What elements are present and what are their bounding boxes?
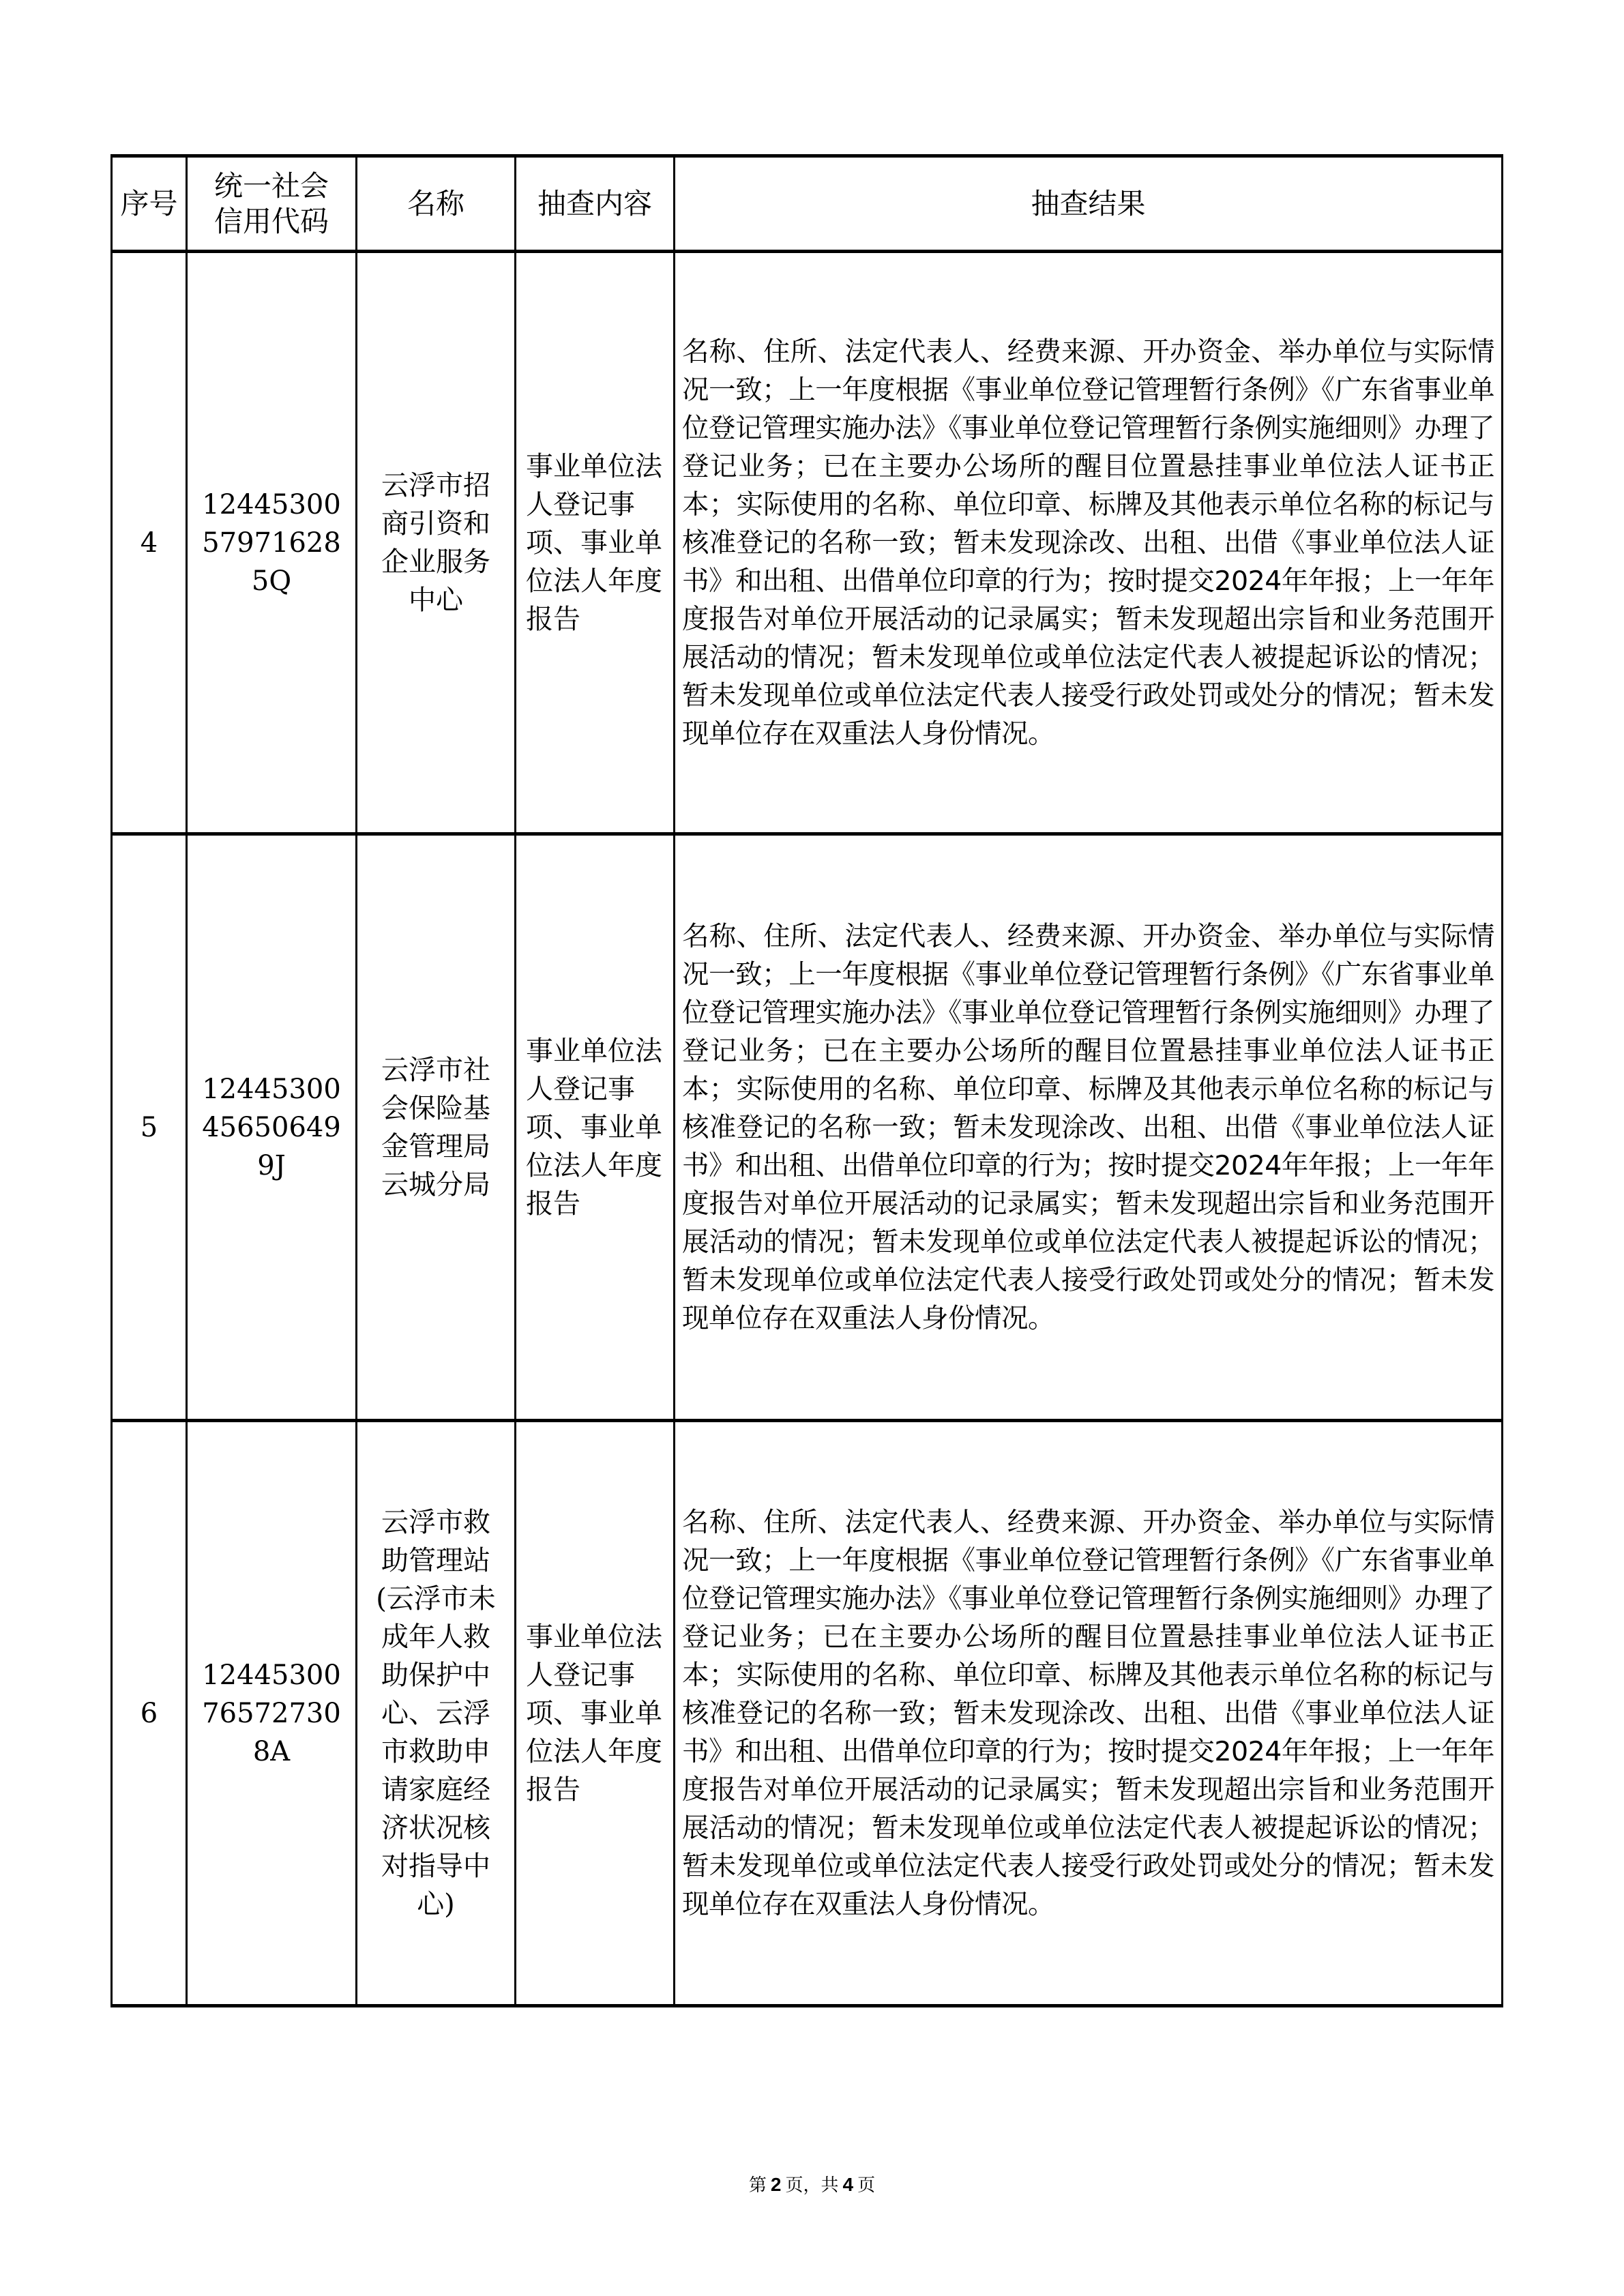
cell-name: 云浮市招商引资和企业服务中心 — [357, 252, 516, 834]
document-page: 序号 统一社会信用代码 名称 抽查内容 抽查结果 4 1244530057971… — [0, 0, 1624, 2296]
header-inspection-content: 抽查内容 — [516, 156, 675, 252]
cell-name: 云浮市救助管理站(云浮市未成年人救助保护中心、云浮市救助申请家庭经济状况核对指导… — [357, 1421, 516, 2006]
current-page-number: 2 — [767, 2174, 786, 2195]
cell-inspection-content: 事业单位法人登记事项、事业单位法人年度报告 — [516, 834, 675, 1421]
table-row: 5 12445300456506499J 云浮市社会保险基金管理局云城分局 事业… — [112, 834, 1503, 1421]
page-label-middle: 页，共 — [785, 2175, 838, 2196]
cell-inspection-result: 名称、住所、法定代表人、经费来源、开办资金、举办单位与实际情况一致；上一年度根据… — [675, 834, 1503, 1421]
page-label-prefix: 第 — [749, 2175, 767, 2196]
table-row: 4 12445300579716285Q 云浮市招商引资和企业服务中心 事业单位… — [112, 252, 1503, 834]
cell-seq: 6 — [112, 1421, 187, 2006]
page-label-suffix: 页 — [857, 2175, 875, 2196]
cell-inspection-result: 名称、住所、法定代表人、经费来源、开办资金、举办单位与实际情况一致；上一年度根据… — [675, 1421, 1503, 2006]
cell-credit-code: 12445300579716285Q — [187, 252, 357, 834]
cell-inspection-result: 名称、住所、法定代表人、经费来源、开办资金、举办单位与实际情况一致；上一年度根据… — [675, 252, 1503, 834]
header-inspection-result: 抽查结果 — [675, 156, 1503, 252]
cell-credit-code: 12445300456506499J — [187, 834, 357, 1421]
total-pages-number: 4 — [839, 2174, 858, 2195]
cell-credit-code: 12445300765727308A — [187, 1421, 357, 2006]
cell-inspection-content: 事业单位法人登记事项、事业单位法人年度报告 — [516, 1421, 675, 2006]
cell-inspection-content: 事业单位法人登记事项、事业单位法人年度报告 — [516, 252, 675, 834]
inspection-results-table: 序号 统一社会信用代码 名称 抽查内容 抽查结果 4 1244530057971… — [110, 154, 1503, 2007]
header-credit-code: 统一社会信用代码 — [187, 156, 357, 252]
page-footer: 第2页，共4页 — [0, 2173, 1624, 2198]
header-name: 名称 — [357, 156, 516, 252]
cell-seq: 5 — [112, 834, 187, 1421]
cell-seq: 4 — [112, 252, 187, 834]
cell-name: 云浮市社会保险基金管理局云城分局 — [357, 834, 516, 1421]
header-seq: 序号 — [112, 156, 187, 252]
table-row: 6 12445300765727308A 云浮市救助管理站(云浮市未成年人救助保… — [112, 1421, 1503, 2006]
table-header-row: 序号 统一社会信用代码 名称 抽查内容 抽查结果 — [112, 156, 1503, 252]
